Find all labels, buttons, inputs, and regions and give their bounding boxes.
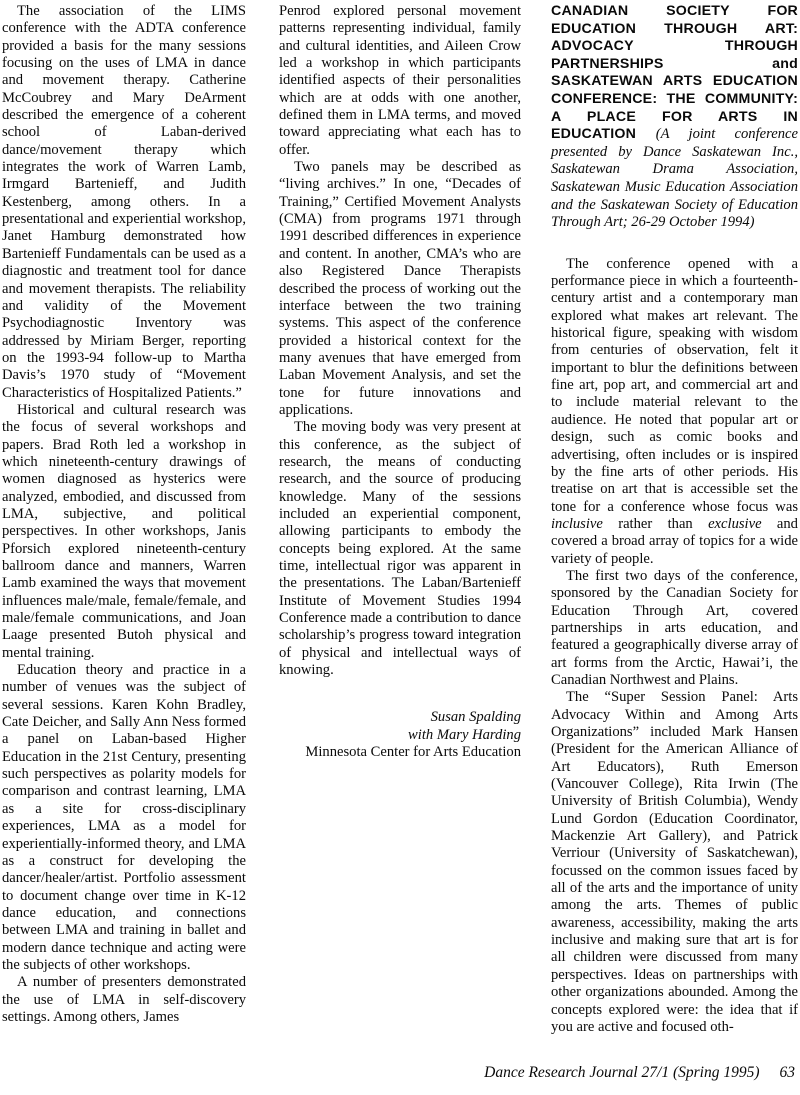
column-right: CANADIAN SOCIETY FOR EDUCATION THROUGH A… xyxy=(551,3,798,1036)
byline-line: Susan Spalding xyxy=(279,709,521,726)
paragraph: Historical and cultural research was the… xyxy=(2,402,246,662)
paragraph: Penrod explored personal movement patter… xyxy=(279,3,521,159)
conference-title-text: CANADIAN SOCIETY FOR EDUCATION THROUGH A… xyxy=(551,3,798,142)
byline: Susan Spaldingwith Mary HardingMinnesota… xyxy=(279,709,521,761)
page-footer: Dance Research Journal 27/1 (Spring 1995… xyxy=(0,1063,795,1082)
journal-page: The association of the LIMS conference w… xyxy=(0,0,800,1095)
text-run: Historical and cultural research was the… xyxy=(2,402,246,661)
text-run: rather than xyxy=(603,516,708,532)
byline-line: with Mary Harding xyxy=(279,727,521,744)
paragraph: Education theory and practice in a numbe… xyxy=(2,662,246,974)
text-run: The first two days of the conference, sp… xyxy=(551,568,798,688)
column-middle: Penrod explored personal movement patter… xyxy=(279,3,521,761)
text-run: Education theory and practice in a numbe… xyxy=(2,662,246,973)
page-number: 63 xyxy=(780,1064,796,1081)
italic-text-run: inclusive xyxy=(551,516,603,532)
conference-heading: CANADIAN SOCIETY FOR EDUCATION THROUGH A… xyxy=(551,3,798,232)
paragraph: A number of presenters demonstrated the … xyxy=(2,974,246,1026)
text-run: Two panels may be described as “living a… xyxy=(279,159,521,418)
italic-text-run: exclusive xyxy=(708,516,761,532)
text-run: Penrod explored personal movement patter… xyxy=(279,3,521,158)
journal-citation: Dance Research Journal 27/1 (Spring 1995… xyxy=(484,1064,759,1081)
paragraph: The “Super Session Panel: Arts Advocacy … xyxy=(551,689,798,1036)
text-run: A number of presenters demonstrated the … xyxy=(2,974,246,1025)
paragraph: The first two days of the conference, sp… xyxy=(551,568,798,689)
paragraph: The association of the LIMS conference w… xyxy=(2,3,246,402)
text-run: The “Super Session Panel: Arts Advocacy … xyxy=(551,689,798,1035)
paragraph: Two panels may be described as “living a… xyxy=(279,159,521,419)
text-run: The association of the LIMS conference w… xyxy=(2,3,246,401)
paragraph: The moving body was very present at this… xyxy=(279,419,521,679)
column-left: The association of the LIMS conference w… xyxy=(2,3,246,1026)
paragraph: The conference opened with a performance… xyxy=(551,256,798,568)
text-run: The conference opened with a performance… xyxy=(551,256,798,515)
text-run: The moving body was very present at this… xyxy=(279,419,521,678)
byline-line: Minnesota Center for Arts Education xyxy=(279,744,521,761)
